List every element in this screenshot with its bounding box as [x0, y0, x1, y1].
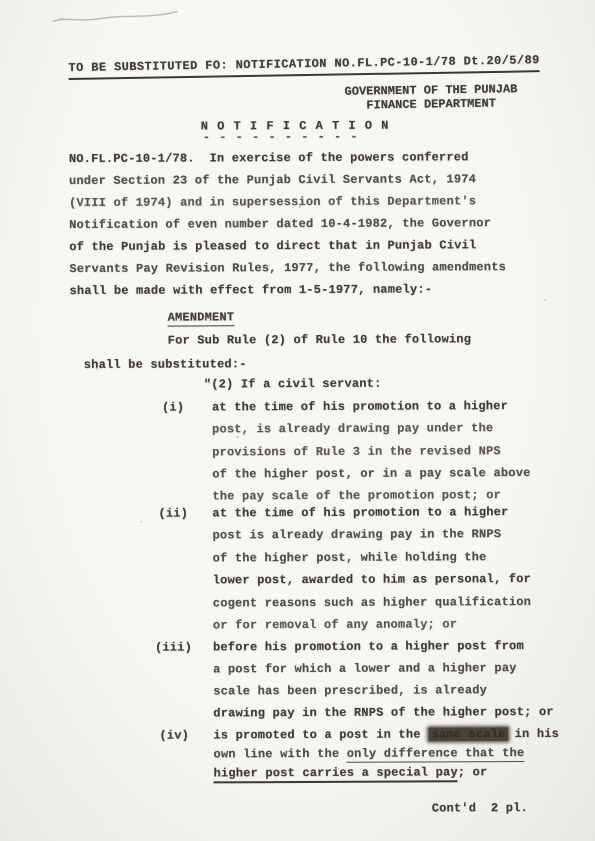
underlined-text: only difference that the — [347, 746, 525, 763]
scan-speck — [140, 521, 142, 523]
amendment-intro-line: shall be substituted:- — [84, 357, 247, 372]
amendment-heading-text: AMENDMENT — [168, 310, 235, 326]
clause-line: scale has been prescribed, is already — [213, 683, 487, 698]
clause-line: lower post, awarded to him as personal, … — [213, 572, 531, 587]
clause-line: the pay scale of the promotion post; or — [212, 488, 501, 503]
intro-line: NO.FL.PC-10-1/78. In exercise of the pow… — [69, 150, 469, 166]
intro-line: Servants Pay Revision Rules, 1977, the f… — [69, 260, 506, 276]
doc-title-underline: - - - - - - - - - - — [203, 130, 359, 145]
pen-mark-icon — [50, 7, 180, 30]
clause-line: post, is already drawing pay under the — [212, 421, 493, 436]
page-content: TO BE SUBSTITUTED FO: NOTIFICATION NO.FL… — [0, 0, 595, 841]
clause-line: cogent reasons such as higher qualificat… — [213, 595, 531, 610]
clause-line: a post for which a lower and a higher pa… — [213, 661, 517, 676]
org-department: FINANCE DEPARTMENT — [345, 96, 518, 113]
intro-line: of the Punjab is pleased to direct that … — [69, 238, 476, 254]
clause-line: at the time of his promotion to a higher — [212, 399, 508, 414]
clause-iv-text: is promoted to a post in the — [213, 727, 420, 742]
clause-line: post is already drawing pay in the RNPS — [212, 527, 501, 542]
intro-line: Notification of even number dated 10-4-1… — [69, 216, 491, 232]
scan-speck — [96, 367, 98, 370]
clause-iv-text: own line with the — [213, 747, 346, 762]
clause-label: (iv) — [159, 728, 189, 742]
org-block: GOVERNMENT OF THE PUNJABFINANCE DEPARTME… — [344, 82, 517, 113]
clause-iv-text: ; or — [458, 765, 488, 779]
clause-line: is promoted to a post in thesame scalein… — [213, 727, 559, 743]
clause-line: higher post carries a special pay; or — [214, 765, 488, 780]
clause-line: provisions of Rule 3 in the revised NPS — [212, 444, 501, 459]
clause-line: own line with the only difference that t… — [213, 746, 524, 761]
intro-line: under Section 23 of the Punjab Civil Ser… — [69, 172, 476, 188]
scan-speck — [299, 206, 301, 208]
scanned-document-page: TO BE SUBSTITUTED FO: NOTIFICATION NO.FL… — [0, 0, 595, 841]
subrule-opening: "(2) If a civil servant: — [204, 377, 382, 392]
clause-line: before his promotion to a higher post fr… — [213, 639, 524, 654]
clause-line: of the higher post, or in a pay scale ab… — [212, 466, 530, 481]
clause-label: (iii) — [155, 640, 192, 654]
clause-label: (ii) — [158, 506, 188, 520]
intro-line: shall be made with effect from 1-5-1977,… — [69, 282, 432, 298]
underlined-text: higher post carries a special pay — [214, 765, 458, 783]
clause-line: of the higher post, while holding the — [213, 550, 487, 565]
clause-line: drawing pay in the RNPS of the higher po… — [213, 705, 554, 720]
clause-line: at the time of his promotion to a higher — [212, 505, 508, 520]
scan-speck — [236, 436, 239, 438]
clause-line: or for removal of any anomaly; or — [213, 617, 457, 632]
scan-speck — [544, 299, 546, 301]
amendment-heading: AMENDMENT — [168, 310, 235, 324]
amendment-intro-line: For Sub Rule (2) of Rule 10 the followin… — [168, 332, 472, 347]
intro-line: (VIII of 1974) and in supersession of th… — [69, 194, 476, 210]
highlighted-text: same scale — [429, 727, 509, 741]
substitution-header: TO BE SUBSTITUTED FO: NOTIFICATION NO.FL… — [68, 53, 540, 80]
clause-label: (i) — [162, 400, 184, 414]
continuation-note: Cont'd 2 pl. — [432, 801, 528, 815]
clause-iv-text: in his — [515, 727, 559, 741]
